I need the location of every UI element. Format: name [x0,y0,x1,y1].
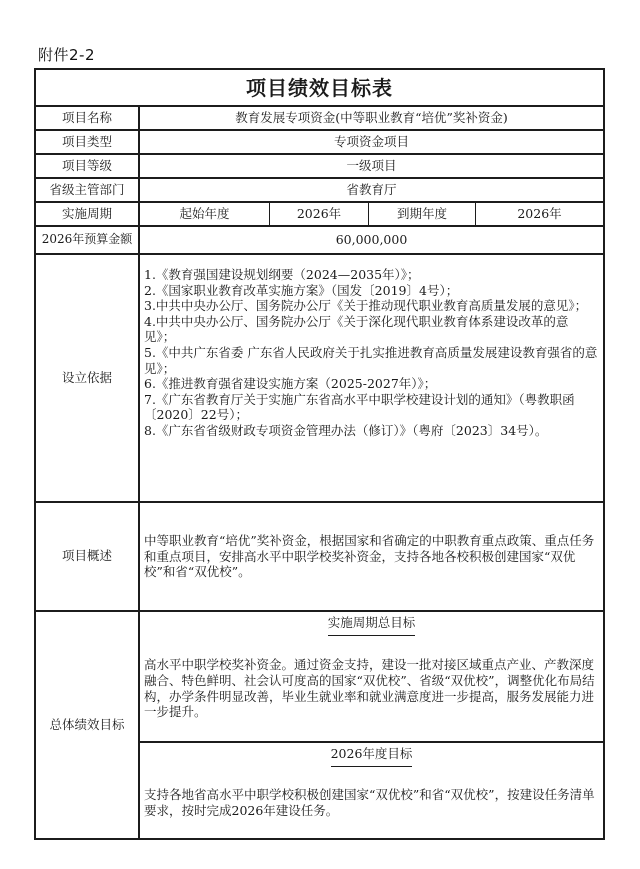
basis-item: 6.《推进教育强省建设实施方案（2025-2027年）》； [144,376,599,392]
end-year-value: 2026年 [476,203,603,225]
overview-value: 中等职业教育“培优”奖补资金，根据国家和省确定的中职教育重点政策、重点任务和重点… [140,503,603,610]
row-project-name: 项目名称 教育发展专项资金(中等职业教育“培优”奖补资金) [36,105,603,129]
basis-item: 7.《广东省教育厅关于实施广东省高水平中职学校建设计划的通知》（粤教职函〔202… [144,392,599,423]
annual-goal-text: 支持各地省高水平中职学校积极创建国家“双优校”和省“双优校”，按建设任务清单要求… [140,787,603,818]
row-overview: 项目概述 中等职业教育“培优”奖补资金，根据国家和省确定的中职教育重点政策、重点… [36,501,603,610]
start-year-value: 2026年 [270,203,369,225]
basis-item: 4.中共中央办公厅、国务院办公厅《关于深化现代职业教育体系建设改革的意见》； [144,314,599,345]
start-year-label: 起始年度 [140,203,270,225]
basis-item: 8.《广东省省级财政专项资金管理办法（修订）》（粤府〔2023〕34号）。 [144,423,599,439]
total-goal-text: 高水平中职学校奖补资金。通过资金支持，建设一批对接区域重点产业、产教深度融合、特… [140,657,603,719]
basis-list: 1.《教育强国建设规划纲要（2024—2035年）》； 2.《国家职业教育改革实… [140,267,603,439]
row-overall-goals: 总体绩效目标 实施周期总目标 高水平中职学校奖补资金。通过资金支持，建设一批对接… [36,610,603,838]
table-title: 项目绩效目标表 [36,70,603,105]
basis-item: 5.《中共广东省委 广东省人民政府关于扎实推进教育高质量发展建设教育强省的意见》… [144,345,599,376]
basis-value: 1.《教育强国建设规划纲要（2024—2035年）》； 2.《国家职业教育改革实… [140,255,603,501]
basis-label: 设立依据 [36,255,140,501]
project-name-value: 教育发展专项资金(中等职业教育“培优”奖补资金) [140,107,603,129]
basis-item: 3.中共中央办公厅、国务院办公厅《关于推动现代职业教育高质量发展的意见》； [144,298,599,314]
row-implementation-period: 实施周期 起始年度 2026年 到期年度 2026年 [36,201,603,225]
overview-label: 项目概述 [36,503,140,610]
total-goal-header: 实施周期总目标 [328,612,416,636]
project-name-label: 项目名称 [36,107,140,129]
project-level-label: 项目等级 [36,155,140,177]
end-year-label: 到期年度 [369,203,476,225]
annual-goal-header: 2026年度目标 [331,743,413,767]
row-basis: 设立依据 1.《教育强国建设规划纲要（2024—2035年）》； 2.《国家职业… [36,253,603,501]
department-value: 省教育厅 [140,179,603,201]
row-project-type: 项目类型 专项资金项目 [36,129,603,153]
period-label: 实施周期 [36,203,140,225]
budget-value: 60,000,000 [140,227,603,253]
attachment-label: 附件2-2 [38,44,95,65]
overview-text: 中等职业教育“培优”奖补资金，根据国家和省确定的中职教育重点政策、重点任务和重点… [140,533,603,580]
basis-item: 1.《教育强国建设规划纲要（2024—2035年）》； [144,267,599,283]
project-type-value: 专项资金项目 [140,131,603,153]
performance-goal-table: 项目绩效目标表 项目名称 教育发展专项资金(中等职业教育“培优”奖补资金) 项目… [34,68,605,840]
overall-goals-label: 总体绩效目标 [36,612,140,838]
annual-goal-body: 支持各地省高水平中职学校积极创建国家“双优校”和省“双优校”，按建设任务清单要求… [140,767,603,838]
row-project-level: 项目等级 一级项目 [36,153,603,177]
basis-item: 2.《国家职业教育改革实施方案》（国发〔2019〕4号）； [144,283,599,299]
row-budget: 2026年预算金额 60,000,000 [36,225,603,253]
total-goal-body: 高水平中职学校奖补资金。通过资金支持，建设一批对接区域重点产业、产教深度融合、特… [140,636,603,743]
budget-label: 2026年预算金额 [36,227,140,253]
overall-goals-value: 实施周期总目标 高水平中职学校奖补资金。通过资金支持，建设一批对接区域重点产业、… [140,612,603,838]
project-type-label: 项目类型 [36,131,140,153]
department-label: 省级主管部门 [36,179,140,201]
row-department: 省级主管部门 省教育厅 [36,177,603,201]
table-title-row: 项目绩效目标表 [36,70,603,105]
project-level-value: 一级项目 [140,155,603,177]
